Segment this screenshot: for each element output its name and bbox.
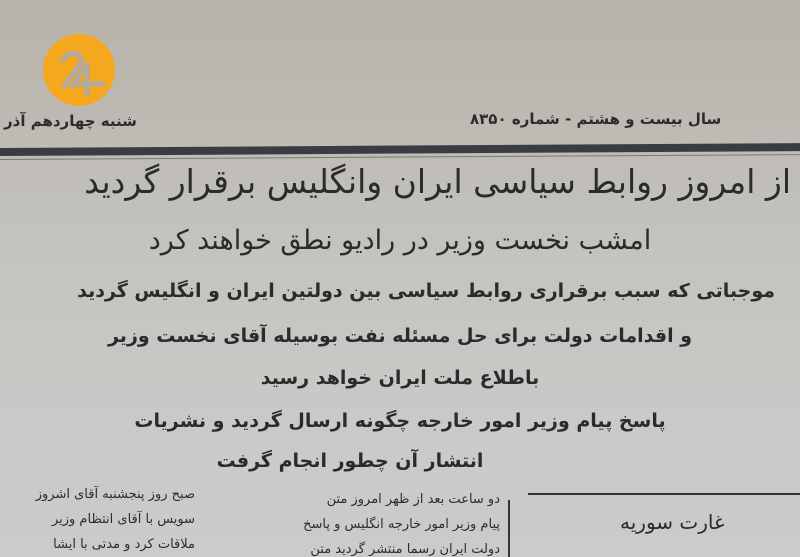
summary-line: و اقدامات دولت برای حل مسئله نفت بوسیله …: [70, 325, 730, 347]
summary-line: موجباتی که سبب برقراری روابط سیاسی بین د…: [15, 280, 775, 302]
news-logo-24-icon: [43, 34, 115, 106]
summary-line: پاسخ پیام وزیر امور خارجه چگونه ارسال گر…: [70, 410, 730, 432]
column-left: صبح روز پنجشنبه آقای اشروز سویس با آقای …: [0, 482, 195, 557]
subheadline: امشب نخست وزیر در رادیو نطق خواهند کرد: [70, 225, 730, 256]
column-middle: دو ساعت بعد از ظهر امروز متن پیام وزیر ا…: [200, 487, 500, 557]
masthead-date: شنبه چهاردهم آذر: [4, 112, 137, 130]
column-line: سویس با آقای انتظام وزیر: [0, 507, 195, 532]
column-right-title: غارت سوریه: [620, 510, 800, 534]
column-line: ملاقات کرد و مدتی با ایشا: [0, 532, 195, 557]
column-line: دولت ایران رسما منتشر گردید متن: [200, 537, 500, 557]
column-divider: [508, 500, 510, 557]
column-line: صبح روز پنجشنبه آقای اشروز: [0, 482, 195, 507]
column-line: دو ساعت بعد از ظهر امروز متن: [200, 487, 500, 512]
column-line: پیام وزیر امور خارجه انگلیس و پاسخ: [200, 512, 500, 537]
masthead-issue: سال بیست و هشتم - شماره ۸۳۵۰: [470, 110, 721, 128]
summary-line: باطلاع ملت ایران خواهد رسید: [220, 367, 580, 389]
headline: از امروز روابط سیاسی ایران وانگلیس برقرا…: [6, 162, 791, 201]
summary-line: انتشار آن چطور انجام گرفت: [170, 450, 530, 472]
column-rule: [528, 493, 800, 495]
